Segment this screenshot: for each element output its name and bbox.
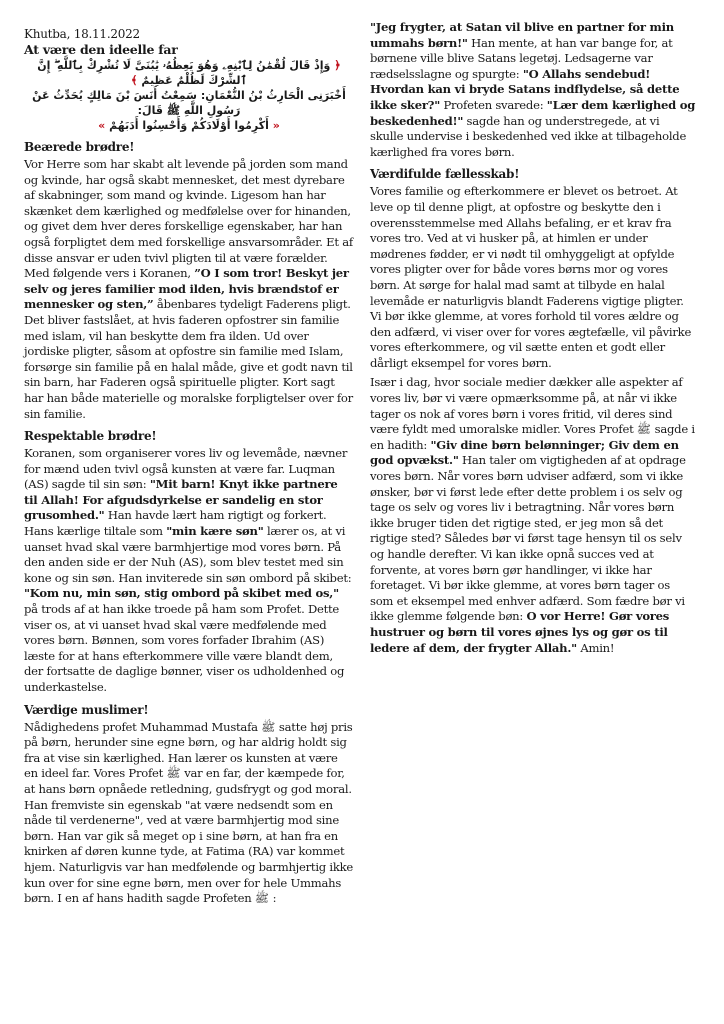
text-run: åbenbares tydeligt Faderens pligt. Det b… xyxy=(24,297,353,420)
right-column: "Jeg frygter, at Satan vil blive en part… xyxy=(370,20,696,660)
hadith-text-line: « أَكْرِمُوا أَوْلَادَكُمْ وَأَحْسِنُوا … xyxy=(24,118,354,133)
section-heading-3: Værdige muslimer! xyxy=(24,702,354,718)
section-heading-1: Beærede brødre! xyxy=(24,139,354,155)
section-3-paragraph: Nådighedens profet Muhammad Mustafa ﷺ sa… xyxy=(24,720,354,907)
left-column: Khutba, 18.11.2022 At være den ideelle f… xyxy=(24,26,354,911)
ayah-text: وَإِذْ قَالَ لُقْمَٰنُ لِٱبْنِهِۦ وَهُوَ… xyxy=(37,59,330,87)
section-2-paragraph: Koranen, som organiserer vores liv og le… xyxy=(24,446,354,696)
document-title: At være den ideelle far xyxy=(24,42,354,58)
text-run: Nådighedens profet Muhammad Mustafa ﷺ sa… xyxy=(24,720,353,906)
document-page: Khutba, 18.11.2022 At være den ideelle f… xyxy=(0,0,724,1024)
hadith-close-quote: » xyxy=(98,119,105,132)
hadith-open-quote: « xyxy=(273,119,280,132)
min-kaere-son-quote: "min kære søn" xyxy=(166,524,263,538)
ayah-open-bracket: ﴿ xyxy=(334,59,340,72)
text-run: Profeten svarede: xyxy=(440,98,547,112)
text-run: Han taler om vigtigheden af at opdrage v… xyxy=(370,453,686,623)
section-4-paragraph-1: Vores familie og efterkommere er blevet … xyxy=(370,184,696,371)
hadith-text: أَكْرِمُوا أَوْلَادَكُمْ وَأَحْسِنُوا أَ… xyxy=(109,119,269,132)
section-heading-2: Respektable brødre! xyxy=(24,428,354,444)
text-run: Vor Herre som har skabt alt levende på j… xyxy=(24,157,353,280)
section-1-paragraph: Vor Herre som har skabt alt levende på j… xyxy=(24,157,354,422)
ayah-close-bracket: ﴾ xyxy=(131,74,137,87)
text-run: på trods af at han ikke troede på ham so… xyxy=(24,602,344,694)
quran-verse: ﴿ وَإِذْ قَالَ لُقْمَٰنُ لِٱبْنِهِۦ وَهُ… xyxy=(24,58,354,88)
section-3-paragraph-continued: "Jeg frygter, at Satan vil blive en part… xyxy=(370,20,696,160)
nuh-quote: "Kom nu, min søn, stig ombord på skibet … xyxy=(24,586,339,600)
section-heading-4: Værdifulde fællesskab! xyxy=(370,166,696,182)
amin-text: Amin! xyxy=(577,641,614,655)
khutba-date: Khutba, 18.11.2022 xyxy=(24,26,354,42)
section-4-paragraph-2: Især i dag, hvor sociale medier dækker a… xyxy=(370,375,696,656)
hadith-chain: أَخْبَرَنِى الْحَارِثُ بْنُ النُّعْمَانِ… xyxy=(24,88,354,118)
